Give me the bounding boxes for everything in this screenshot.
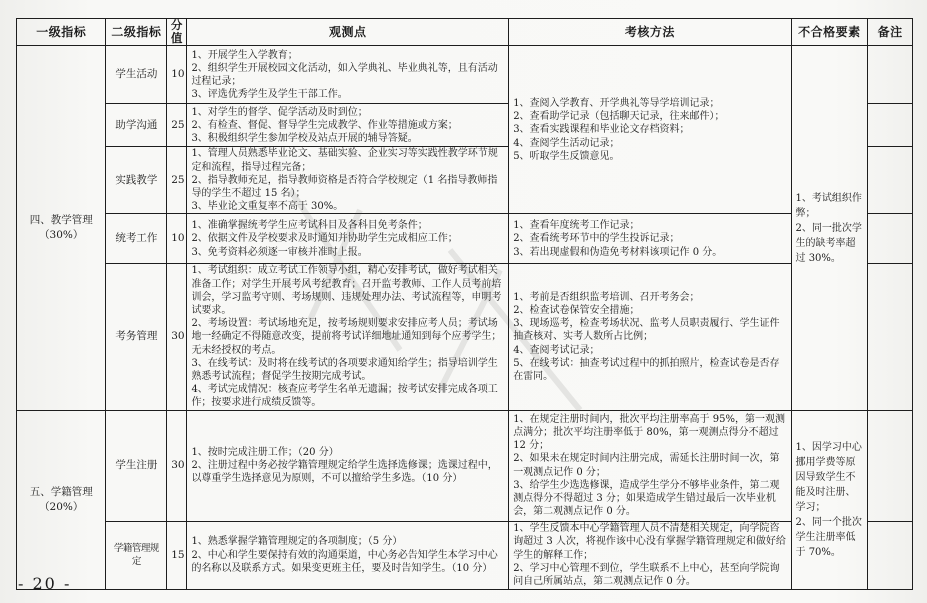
- method-cell: 1、查看年度统考工作记录； 2、查看统考环节中的学生投诉记录； 3、若出现虚假和…: [509, 214, 791, 264]
- score-cell: 15: [167, 521, 187, 589]
- method-line: 5、听取学生反馈意见。: [513, 150, 786, 163]
- level2-cell: 实践教学: [106, 147, 167, 214]
- table-row: 统考工作 10 1、准确掌握统考学生应考试科目及各科目免考条件； 2、依据文件及…: [17, 214, 913, 264]
- fail-line: 1、考试组织作弊；: [796, 191, 864, 221]
- note-cell: [868, 521, 913, 589]
- table-row: 学籍管理规定 15 1、熟悉掌握学籍管理规定的各项制度；（5 分） 2、中心和学…: [17, 521, 913, 589]
- score-cell: 10: [167, 46, 187, 104]
- observation-line: 4、考试完成情况：核查应考学生名单无遗漏；按考试安排完成各项工作；按要求进行成绩…: [191, 383, 504, 409]
- observation-line: 2、有检查、督促、督导学生完成教学、作业等措施或方案；: [191, 119, 504, 132]
- observation-line: 3、评选优秀学生及学生干部工作。: [191, 88, 504, 101]
- observation-cell: 1、开展学生入学教育； 2、组织学生开展校园文化活动，如入学典礼、毕业典礼等，且…: [187, 46, 509, 104]
- level2-cell: 统考工作: [106, 214, 167, 264]
- header-row: 一级指标 二级指标 分值 观测点 考核方法 不合格要素 备注: [17, 19, 913, 46]
- level2-cell: 学籍管理规定: [106, 521, 167, 589]
- level2-cell: 助学沟通: [106, 104, 167, 147]
- score-cell: 25: [167, 147, 187, 214]
- observation-cell: 1、准确掌握统考学生应考试科目及各科目免考条件； 2、依据文件及学校要求及时通知…: [187, 214, 509, 264]
- method-line: 5、在线考试：抽查考试过程中的抓拍照片，检查试卷是否存在雷同。: [513, 357, 786, 383]
- observation-cell: 1、熟悉掌握学籍管理规定的各项制度；（5 分） 2、中心和学生要保持有效的沟通渠…: [187, 521, 509, 589]
- note-cell: [868, 410, 913, 521]
- observation-line: 2、中心和学生要保持有效的沟通渠道，中心务必告知学生本学习中心的名称以及联系方式…: [191, 549, 504, 575]
- observation-line: 1、按时完成注册工作；（20 分）: [191, 446, 504, 459]
- score-cell: 25: [167, 104, 187, 147]
- observation-line: 3、积极组织学生参加学校及站点开展的辅导答疑。: [191, 132, 504, 145]
- header-method: 考核方法: [509, 19, 791, 46]
- observation-line: 1、管理人员熟悉毕业论文、基础实验、企业实习等实践性教学环节规定和流程，指导过程…: [191, 147, 504, 173]
- header-level2: 二级指标: [106, 19, 167, 46]
- level1-label: 四、教学管理: [21, 213, 101, 228]
- observation-line: 1、准确掌握统考学生应考试科目及各科目免考条件；: [191, 219, 504, 232]
- level1-weight: （30%）: [21, 228, 101, 243]
- observation-line: 1、考试组织：成立考试工作领导小组，精心安排考试，做好考试相关准备工作；对学生开…: [191, 264, 504, 317]
- fail-line: 2、同一个批次学生注册率低于 70%。: [796, 515, 864, 560]
- method-cell: 1、学生反馈本中心学籍管理人员不清楚相关规定，向学院咨询超过 3 人次，将视作该…: [509, 521, 791, 589]
- level1-weight: （20%）: [21, 500, 101, 515]
- observation-line: 1、熟悉掌握学籍管理规定的各项制度；（5 分）: [191, 535, 504, 548]
- note-cell: [868, 104, 913, 147]
- observation-line: 3、在线考试：及时将在线考试的各项要求通知给学生；指导培训学生熟悉考试流程；督促…: [191, 357, 504, 383]
- page-number: - 20 -: [18, 574, 71, 593]
- method-line: 3、现场巡考，检查考场状况、监考人员职责履行、学生证件抽查核对、实考人数所占比例…: [513, 317, 786, 343]
- level2-cell: 考务管理: [106, 264, 167, 410]
- observation-line: 2、依据文件及学校要求及时通知并协助学生完成相应工作；: [191, 232, 504, 245]
- observation-line: 3、免考资料必须逐一审核并准时上报。: [191, 246, 504, 259]
- method-line: 2、查看统考环节中的学生投诉记录；: [513, 232, 786, 245]
- header-score: 分值: [167, 19, 187, 46]
- score-cell: 10: [167, 214, 187, 264]
- header-observation: 观测点: [187, 19, 509, 46]
- method-line: 3、查看实践课程和毕业论文存档资料；: [513, 123, 786, 136]
- observation-line: 2、指导教师充足，指导教师资格是否符合学校规定（1 名指导教师指导的学生不超过 …: [191, 174, 504, 200]
- method-cell: 1、查阅入学教育、开学典礼等导学培训记录； 2、查看助学记录（包括聊天记录，往来…: [509, 46, 791, 214]
- observation-cell: 1、对学生的督学、促学活动及时到位； 2、有检查、督促、督导学生完成教学、作业等…: [187, 104, 509, 147]
- method-line: 1、查看年度统考工作记录；: [513, 219, 786, 232]
- method-line: 2、如果未在规定时间内注册完成，需延长注册时间一次，第一观测点记作 0 分；: [513, 452, 786, 478]
- method-line: 4、查阅学生活动记录；: [513, 137, 786, 150]
- method-line: 3、若出现虚假和伪造免考材料该项记作 0 分。: [513, 246, 786, 259]
- method-line: 1、考前是否组织监考培训、召开考务会；: [513, 291, 786, 304]
- observation-line: 1、开展学生入学教育；: [191, 49, 504, 62]
- observation-line: 3、毕业论文重复率不高于 30%。: [191, 200, 504, 213]
- method-line: 3、给学生少选选修课，造成学生学分不够毕业条件，第二观测点得分不得超过 3 分；…: [513, 479, 786, 519]
- score-cell: 30: [167, 264, 187, 410]
- observation-line: 2、考场设置：考试场地充足，按考场规则要求安排应考人员；考试场地一经确定不得随意…: [191, 317, 504, 357]
- fail-cell: 1、考试组织作弊； 2、同一批次学生的缺考率超过 30%。: [791, 46, 868, 410]
- observation-line: 2、组织学生开展校园文化活动，如入学典礼、毕业典礼等，且有活动过程记录；: [191, 62, 504, 88]
- level1-label: 五、学籍管理: [21, 485, 101, 500]
- observation-cell: 1、管理人员熟悉毕业论文、基础实验、企业实习等实践性教学环节规定和流程，指导过程…: [187, 147, 509, 214]
- note-cell: [868, 46, 913, 104]
- header-note: 备注: [868, 19, 913, 46]
- fail-line: 1、因学习中心挪用学费等原因导致学生不能及时注册、学习；: [796, 440, 864, 515]
- method-line: 1、查阅入学教育、开学典礼等导学培训记录；: [513, 97, 786, 110]
- table-row: 五、学籍管理 （20%） 学生注册 30 1、按时完成注册工作；（20 分） 2…: [17, 410, 913, 521]
- note-cell: [868, 264, 913, 410]
- table-row: 四、教学管理 （30%） 学生活动 10 1、开展学生入学教育； 2、组织学生开…: [17, 46, 913, 104]
- observation-cell: 1、按时完成注册工作；（20 分） 2、注册过程中务必按学籍管理规定给学生选择选…: [187, 410, 509, 521]
- note-cell: [868, 147, 913, 214]
- evaluation-table: 一级指标 二级指标 分值 观测点 考核方法 不合格要素 备注 四、教学管理 （3…: [16, 18, 913, 590]
- method-line: 2、查看助学记录（包括聊天记录，往来邮件）；: [513, 110, 786, 123]
- method-line: 4、查阅考试记录；: [513, 344, 786, 357]
- observation-line: 2、注册过程中务必按学籍管理规定给学生选择选修课；选课过程中，以尊重学生选择意见…: [191, 459, 504, 485]
- level1-cell-enrollment: 五、学籍管理 （20%）: [17, 410, 106, 589]
- fail-cell: 1、因学习中心挪用学费等原因导致学生不能及时注册、学习； 2、同一个批次学生注册…: [791, 410, 868, 589]
- method-line: 1、学生反馈本中心学籍管理人员不清楚相关规定，向学院咨询超过 3 人次，将视作该…: [513, 522, 786, 562]
- header-fail: 不合格要素: [791, 19, 868, 46]
- method-cell: 1、考前是否组织监考培训、召开考务会； 2、检查试卷保管安全措施； 3、现场巡考…: [509, 264, 791, 410]
- score-cell: 30: [167, 410, 187, 521]
- method-cell: 1、在规定注册时间内，批次平均注册率高于 95%，第一观测点满分；批次平均注册率…: [509, 410, 791, 521]
- method-line: 1、在规定注册时间内，批次平均注册率高于 95%，第一观测点满分；批次平均注册率…: [513, 413, 786, 453]
- fail-line: 2、同一批次学生的缺考率超过 30%。: [796, 221, 864, 266]
- level2-cell: 学生活动: [106, 46, 167, 104]
- level2-cell: 学生注册: [106, 410, 167, 521]
- observation-line: 1、对学生的督学、促学活动及时到位；: [191, 106, 504, 119]
- note-cell: [868, 214, 913, 264]
- method-line: 2、检查试卷保管安全措施；: [513, 304, 786, 317]
- table-row: 考务管理 30 1、考试组织：成立考试工作领导小组，精心安排考试，做好考试相关准…: [17, 264, 913, 410]
- level1-cell-teaching: 四、教学管理 （30%）: [17, 46, 106, 410]
- header-level1: 一级指标: [17, 19, 106, 46]
- observation-cell: 1、考试组织：成立考试工作领导小组，精心安排考试，做好考试相关准备工作；对学生开…: [187, 264, 509, 410]
- method-line: 2、学习中心管理不到位，学生联系不上中心，甚至向学院询问自己所属站点，第二观测点…: [513, 562, 786, 588]
